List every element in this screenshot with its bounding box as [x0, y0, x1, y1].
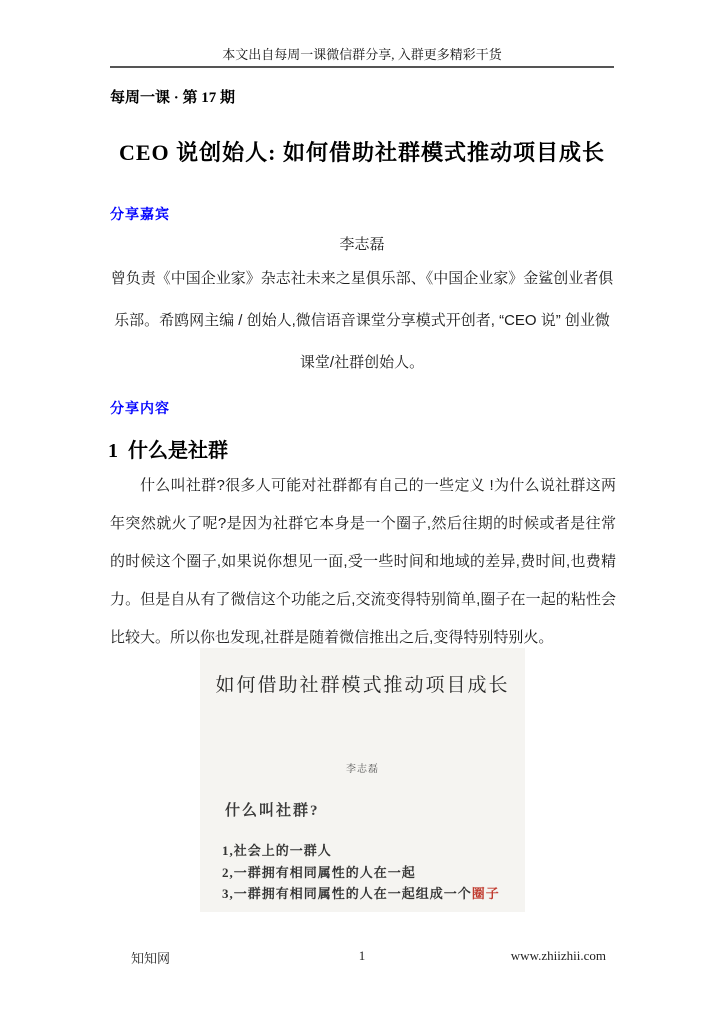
page-title: CEO 说创始人: 如何借助社群模式推动项目成长 [0, 136, 724, 167]
slide-item: 3,一群拥有相同属性的人在一起组成一个圈子 [222, 883, 515, 905]
slide-highlight-text: 圈子 [472, 886, 500, 901]
header-rule [110, 66, 614, 68]
header-note: 本文出自每周一课微信群分享, 入群更多精彩干货 [110, 44, 614, 63]
guest-section-label: 分享嘉宾 [110, 204, 170, 224]
section-heading: 1什么是社群 [108, 434, 228, 463]
issue-label: 每周一课 · 第 17 期 [110, 86, 235, 107]
slide-image: 如何借助社群模式推动项目成长 李志磊 什么叫社群? 1,社会上的一群人 2,一群… [200, 648, 525, 912]
slide-item-list: 1,社会上的一群人 2,一群拥有相同属性的人在一起 3,一群拥有相同属性的人在一… [222, 840, 515, 905]
guest-name: 李志磊 [0, 233, 724, 254]
body-paragraph: 什么叫社群?很多人可能对社群都有自己的一些定义 !为什么说社群这两年突然就火了呢… [110, 467, 616, 657]
slide-item: 1,社会上的一群人 [222, 840, 515, 862]
footer-url: www.zhiizhii.com [511, 948, 606, 964]
slide-author: 李志磊 [200, 760, 525, 775]
section-title: 什么是社群 [128, 440, 228, 462]
slide-question: 什么叫社群? [225, 799, 320, 820]
content-section-label: 分享内容 [110, 398, 170, 418]
guest-bio: 曾负责《中国企业家》杂志社未来之星俱乐部、《中国企业家》金鲨创业者俱乐部。希鸥网… [108, 258, 616, 384]
slide-title: 如何借助社群模式推动项目成长 [200, 670, 525, 697]
slide-item: 2,一群拥有相同属性的人在一起 [222, 862, 515, 884]
document-page: 本文出自每周一课微信群分享, 入群更多精彩干货 每周一课 · 第 17 期 CE… [0, 0, 724, 1024]
slide-item-text: 3,一群拥有相同属性的人在一起组成一个 [222, 886, 472, 901]
section-number: 1 [108, 440, 118, 462]
footer-page-number: 1 [0, 948, 724, 964]
